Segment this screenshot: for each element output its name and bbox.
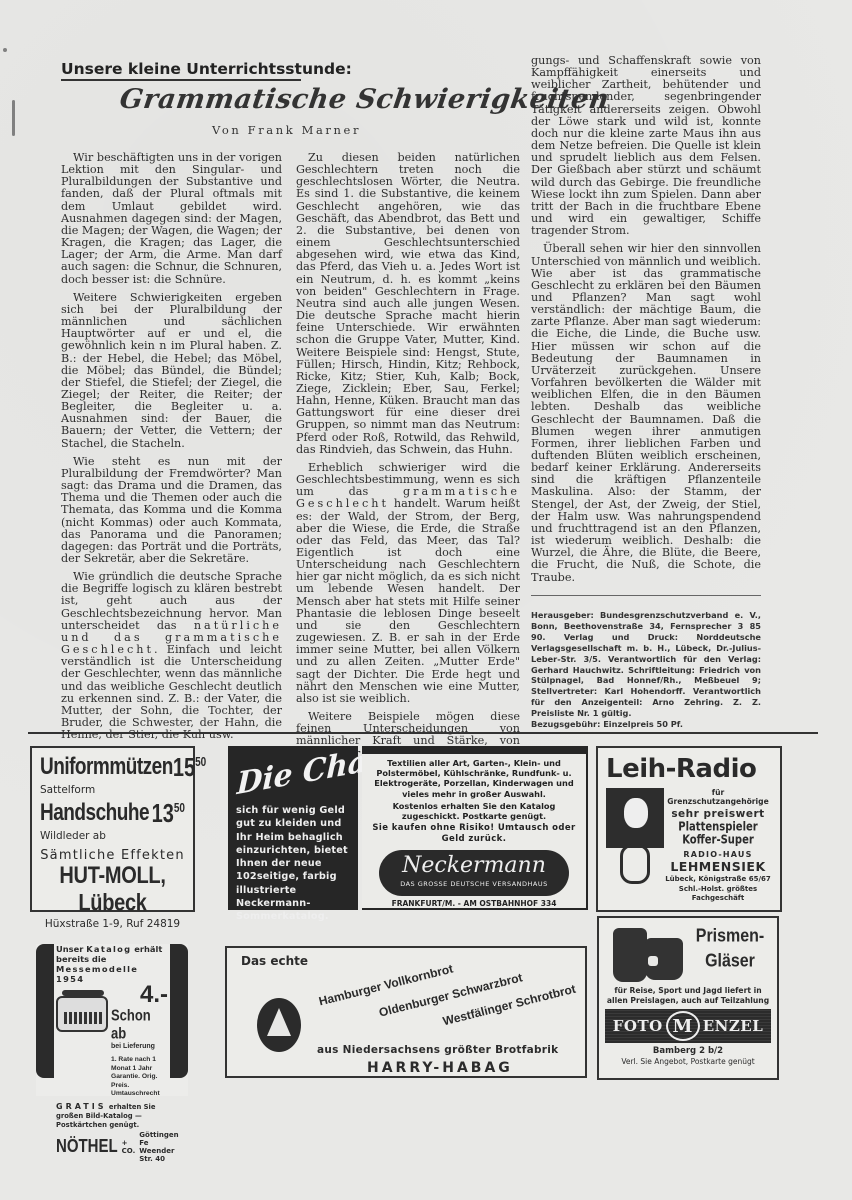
ad-brand: HUT-MOLL, Lübeck — [40, 862, 185, 917]
impressum: Herausgeber: Bundesgrenzschutzverband e.… — [531, 610, 761, 730]
ad-product-detail: Wildleder ab — [40, 830, 149, 842]
ad-products: Textilien aller Art, Garten-, Klein- und… — [368, 758, 580, 799]
ad-product: Plattenspieler — [664, 821, 772, 834]
scan-artifact — [12, 100, 15, 136]
ad-neckermann-left: Die Chance, sich für wenig Geld gut zu k… — [228, 746, 358, 910]
radio-mascot-icon — [606, 788, 664, 888]
ad-audience: für Grenzschutzangehörige — [664, 788, 772, 806]
ad-address: Lübeck, Königstraße 65/67 — [664, 875, 772, 884]
ad-product: Koffer-Super — [664, 834, 772, 847]
ad-gratis: GRATIS erhalten Sie großen Bild-Katalog … — [56, 1102, 168, 1130]
ad-claim: Schl.-Holst. größtes Fachgeschäft — [664, 885, 772, 903]
ad-cta: Verl. Sie Angebot, Postkarte genügt — [605, 1057, 771, 1066]
ad-price: 1550 — [173, 754, 206, 784]
ad-harry-habag: Das echte Hamburger Vollkornbrot Oldenbu… — [225, 946, 587, 1078]
ad-address: FRANKFURT/M. - AM OSTBAHNHOF 334 — [368, 899, 580, 908]
logo-text: FOTO — [613, 1017, 663, 1035]
logo-tagline: DAS GROSSE DEUTSCHE VERSANDHAUS — [379, 880, 569, 888]
divider — [531, 595, 761, 596]
ad-brand: LEHMENSIEK — [664, 859, 772, 874]
logo-text: ENZEL — [703, 1017, 764, 1035]
ad-neckermann-right: Textilien aller Art, Garten-, Klein- und… — [362, 746, 588, 910]
price-cents: 50 — [195, 756, 206, 770]
neckermann-logo: Neckermann DAS GROSSE DEUTSCHE VERSANDHA… — [379, 850, 569, 896]
logo-wordmark: Neckermann — [379, 854, 569, 878]
price-euros: 15 — [173, 754, 195, 783]
ad-border-tab — [170, 944, 188, 1078]
ad-product: Uniformmützen — [40, 754, 173, 782]
ad-guarantee: Sie kaufen ohne Risiko! Umtausch oder Ge… — [368, 823, 580, 844]
ad-terms: 1. Rate nach 1 Monat 1 Jahr Garantie. Or… — [111, 1056, 168, 1099]
ad-noethel: Unser Katalog erhält bereits die Messemo… — [36, 944, 188, 1096]
foto-menzel-logo: FOTO M ENZEL — [605, 1009, 771, 1043]
ad-intro: Unser Katalog erhält bereits die Messemo… — [56, 944, 168, 984]
ad-border-tab — [36, 944, 54, 1078]
ad-product-detail: Sattelform — [40, 784, 173, 796]
price-euros: 13 — [152, 800, 174, 829]
price-cents: 50 — [174, 802, 185, 816]
text-run: . Einfach und leicht verständlich ist di… — [61, 643, 282, 741]
paragraph: Erheblich schwieriger wird die Geschlech… — [296, 462, 520, 705]
article-column-1: Wir beschäftigten uns in der vorigen Lek… — [61, 152, 282, 747]
paragraph: Wie steht es nun mit der Pluralbildung d… — [61, 456, 282, 565]
ad-script-headline: Die Chance, — [236, 750, 349, 800]
ad-delivery: bei Lieferung — [111, 1043, 168, 1050]
ad-leih-radio: Leih-Radio für Grenzschutzangehörige seh… — [596, 746, 782, 912]
habag-emblem-icon — [257, 998, 301, 1052]
article-byline: Von Frank Marner — [212, 123, 412, 137]
ad-brand: NÖTHEL — [56, 1137, 118, 1157]
article-column-3: gungs- und Schaffenskraft sowie von Kamp… — [531, 55, 761, 590]
ad-claim: sehr preiswert — [664, 808, 772, 820]
binoculars-icon — [605, 924, 689, 982]
paragraph: Zu diesen beiden natürlichen Geschlechte… — [296, 152, 520, 456]
scan-artifact — [3, 48, 7, 52]
logo-m-emblem: M — [666, 1011, 700, 1041]
ad-address: Göttingen Fe Weender Str. 40 — [139, 1131, 178, 1163]
ad-claim: aus Niedersachsens größter Brotfabrik — [317, 1044, 558, 1056]
text-run: handelt. Warum heißt es: der Wald, der S… — [296, 497, 520, 705]
ad-pitch: sich für wenig Geld gut zu kleiden und I… — [236, 804, 350, 924]
ad-brand-suffix: + CO. — [122, 1139, 136, 1155]
ad-price: 1350 — [152, 800, 185, 830]
paragraph: Überall sehen wir hier den sinnvollen Un… — [531, 243, 761, 583]
section-heading: Unsere kleine Unterrichtsstunde: — [61, 60, 301, 81]
ad-product: Handschuhe — [40, 800, 149, 828]
newspaper-page: Unsere kleine Unterrichtsstunde: Grammat… — [0, 0, 852, 1200]
typewriter-icon — [56, 986, 108, 1036]
ad-shop-type: RADIO-HAUS — [664, 850, 772, 859]
ad-hut-moll: Uniformmützen Sattelform 1550 Handschuhe… — [30, 746, 195, 912]
article-title: Grammatische Schwierigkeiten — [118, 84, 522, 115]
ad-brand: HARRY-HABAG — [367, 1060, 513, 1076]
ad-address: Bamberg 2 b/2 — [605, 1046, 771, 1056]
ad-intro: Das echte — [241, 954, 571, 968]
impressum-text: Herausgeber: Bundesgrenzschutzverband e.… — [531, 610, 761, 719]
ad-foto-menzel: Prismen- Gläser für Reise, Sport und Jag… — [597, 916, 779, 1080]
ad-headline: Prismen- Gläser — [689, 924, 771, 991]
article-column-2: Zu diesen beiden natürlichen Geschlechte… — [296, 152, 520, 766]
ad-price: 4.- — [140, 984, 168, 1006]
ad-address: Hüxstraße 1-9, Ruf 24819 — [40, 918, 185, 930]
paragraph: gungs- und Schaffenskraft sowie von Kamp… — [531, 55, 761, 237]
ad-offer: Schon ab — [111, 1006, 168, 1042]
paragraph: Weitere Schwierigkeiten ergeben sich bei… — [61, 292, 282, 450]
ad-catalog-offer: Kostenlos erhalten Sie den Katalog zuges… — [368, 801, 580, 821]
paragraph: Wir beschäftigten uns in der vorigen Lek… — [61, 152, 282, 286]
ad-tagline: Sämtliche Effekten — [40, 848, 185, 863]
paragraph: Wie gründlich die deutsche Sprache die B… — [61, 571, 282, 741]
impressum-price: Bezugsgebühr: Einzelpreis 50 Pf. — [531, 719, 761, 730]
ad-headline: Leih-Radio — [606, 754, 772, 784]
